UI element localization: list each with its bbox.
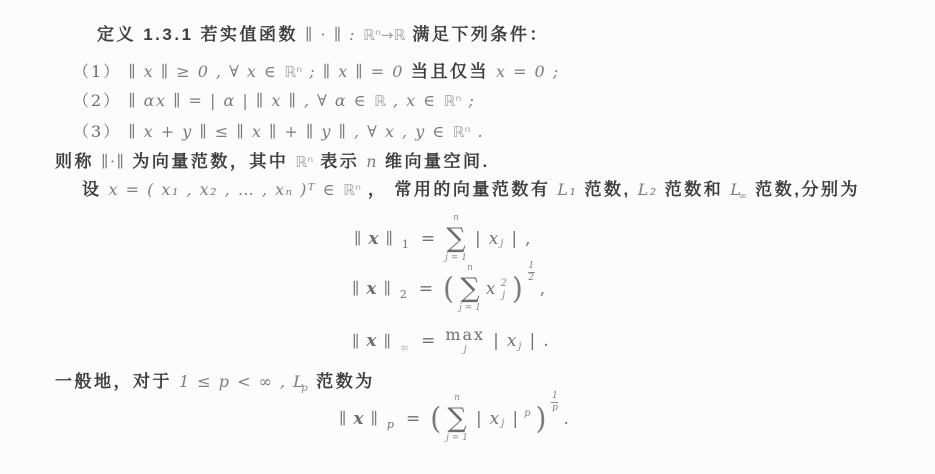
condition-1: （1） ∥ x ∥ ≥ 0 , ∀ x ∈ ℝⁿ ; ∥ x ∥ = 0 当且仅… — [73, 57, 560, 82]
vector-x: x — [366, 279, 376, 299]
condition-2-math-b: , x ∈ — [393, 91, 437, 110]
setup-comma: ， — [368, 175, 388, 200]
term-x: x — [489, 229, 499, 249]
max-subscript-j: j — [464, 345, 467, 355]
norm-function-notation: ∥ · ∥ : — [305, 25, 356, 44]
condition-3-math-a: ∥ x + y ∥ ≤ ∥ x ∥ + ∥ y ∥ , ∀ x , y ∈ — [128, 122, 445, 141]
l2-norm-symbol: L₂ — [638, 180, 658, 199]
condition-2: （2） ∥ αx ∥ = | α | ∥ x ∥ , ∀ α ∈ ℝ , x ∈… — [73, 88, 475, 111]
definition-post-text: 满足下列条件： — [412, 20, 549, 45]
condition-2-math-c: ; — [468, 91, 475, 110]
general-pre-text: 一般地，对于 — [55, 367, 172, 392]
formula-l1-norm: ∥ x ∥ 1 = n ∑ j = 1 | x j | , — [352, 214, 531, 263]
formula-period: . — [543, 331, 548, 351]
definition-label: 定义 1.3.1 — [97, 20, 194, 45]
general-statement: 一般地，对于 1 ≤ p < ∞ , Lp 范数为 — [55, 367, 375, 394]
closing-mid-text: 为向量范数，其中 — [132, 147, 288, 172]
term-subscript-j: j — [500, 238, 503, 249]
rn-to-r-mapping: ℝⁿ→ℝ — [363, 26, 405, 44]
closing-statement: 则称 ∥·∥ 为向量范数，其中 ℝⁿ 表示 n 维向量空间. — [55, 147, 490, 172]
setup-pre-text: 设 — [82, 175, 102, 200]
closing-post-text: 维向量空间. — [385, 147, 490, 172]
definition-line: 定义 1.3.1 若实值函数 ∥ · ∥ : ℝⁿ→ℝ 满足下列条件： — [97, 20, 549, 45]
norm-subscript-infinity: ∞ — [398, 341, 411, 354]
big-paren-open: ( — [443, 273, 454, 303]
term-x: x — [490, 409, 500, 429]
abs-bar-close: | — [509, 409, 521, 429]
linf-norm-symbol: L∞ — [730, 180, 748, 202]
condition-3-number: （3） — [73, 119, 121, 142]
condition-2-math-a: ∥ αx ∥ = | α | ∥ x ∥ , ∀ α ∈ — [128, 91, 367, 110]
condition-1-math-c: x = 0 ; — [496, 62, 560, 81]
summation-symbol: ∑ — [460, 275, 479, 302]
abs-bar-open: | — [473, 409, 485, 429]
vector-x: x — [353, 409, 363, 429]
term-x: x — [507, 331, 517, 351]
term-superscript-2: 2 — [500, 278, 506, 290]
condition-1-cn-text: 当且仅当 — [411, 57, 489, 82]
condition-3-math-c: . — [478, 122, 485, 141]
condition-1-rn: ℝⁿ — [284, 63, 302, 81]
summation: n ∑ j = 1 — [459, 264, 481, 313]
condition-1-number: （1） — [73, 59, 121, 82]
summation-lower-limit: j = 1 — [459, 304, 481, 313]
exponent-fraction-half: 1 2 — [528, 262, 535, 283]
term-x: x — [486, 279, 496, 299]
norm-bars-open: ∥ — [352, 229, 363, 248]
setup-rn: ℝⁿ — [343, 181, 361, 199]
formula-l2-norm: ∥ x ∥ 2 = ( n ∑ j = 1 x 2 j ) 1 2 , — [350, 264, 545, 313]
norm-bars-open: ∥ — [350, 332, 361, 351]
norm-bars-open: ∥ — [337, 409, 348, 428]
equals-sign: = — [414, 279, 438, 299]
summation-symbol: ∑ — [446, 225, 465, 252]
fraction-numerator: 1 — [528, 262, 534, 271]
vector-x: x — [368, 229, 378, 249]
p-range-math: 1 ≤ p < ∞ , Lp — [179, 372, 309, 394]
summation: n ∑ j = 1 — [446, 394, 468, 443]
summation-lower-limit: j = 1 — [445, 254, 467, 263]
formula-comma: , — [540, 279, 545, 299]
setup-cn1-text: 常用的向量范数有 — [394, 175, 550, 200]
setup-vector-definition: x = ( x₁ , x₂ , … , xₙ )ᵀ ∈ — [109, 180, 337, 199]
l1-norm-symbol: L₁ — [557, 180, 577, 199]
summation: n ∑ j = 1 — [445, 214, 467, 263]
condition-2-r: ℝ — [374, 92, 386, 110]
formula-period: . — [563, 409, 568, 429]
setup-cn2-text: 范数, — [584, 175, 630, 200]
norm-bars-open: ∥ — [350, 279, 361, 298]
big-paren-open: ( — [430, 403, 441, 433]
big-paren-close: ) — [512, 273, 523, 303]
norm-bars-close: ∥ — [369, 409, 380, 428]
subscript-p-italic: p — [387, 418, 394, 431]
condition-3: （3） ∥ x + y ∥ ≤ ∥ x ∥ + ∥ y ∥ , ∀ x , y … — [73, 119, 484, 142]
condition-1-math-b: ; ∥ x ∥ = 0 — [309, 62, 404, 81]
closing-n-variable: n — [366, 152, 378, 171]
equals-sign: = — [416, 331, 440, 351]
abs-bar-close: | — [527, 331, 539, 351]
summation-symbol: ∑ — [447, 405, 466, 432]
summation-upper-limit: n — [454, 394, 460, 403]
lp-subscript-p: p — [301, 383, 309, 394]
equals-sign: = — [401, 409, 425, 429]
linf-infinity-subscript: ∞ — [738, 191, 748, 202]
term-subscript-j: j — [518, 341, 521, 352]
condition-2-number: （2） — [73, 88, 121, 111]
norm-bars-close: ∥ — [382, 279, 393, 298]
formula-comma: , — [525, 229, 530, 249]
definition-pre-text: 若实值函数 — [201, 20, 299, 45]
big-paren-close: ) — [536, 403, 547, 433]
max-word: max — [445, 327, 485, 343]
abs-bar-open: | — [490, 331, 502, 351]
formula-linf-norm: ∥ x ∥ ∞ = max j | x j | . — [350, 327, 549, 355]
term-sub-sup-stack: 2 j — [500, 278, 506, 301]
general-post-text: 范数为 — [316, 367, 375, 392]
condition-3-rn: ℝⁿ — [453, 123, 471, 141]
norm-bars-close: ∥ — [382, 332, 393, 351]
closing-norm-notation: ∥·∥ — [101, 152, 125, 171]
condition-2-rn: ℝⁿ — [444, 92, 462, 110]
equals-sign: = — [416, 229, 440, 249]
term-subscript-j: j — [501, 418, 504, 429]
summation-lower-limit: j = 1 — [446, 434, 468, 443]
exponent-fraction-1-over-p: 1 p — [551, 392, 558, 413]
vector-x: x — [366, 331, 376, 351]
abs-bar-close: | — [508, 229, 520, 249]
summation-upper-limit: n — [467, 264, 473, 273]
closing-rn: ℝⁿ — [295, 153, 313, 171]
norm-subscript-1: 1 — [400, 238, 411, 251]
norm-bars-close: ∥ — [384, 229, 395, 248]
fraction-denominator: 2 — [528, 274, 534, 283]
abs-bar-open: | — [472, 229, 484, 249]
norm-subscript-p: p — [385, 418, 396, 431]
term-subscript-j: j — [502, 290, 505, 302]
p-range-expression: 1 ≤ p < ∞ , L — [179, 372, 305, 391]
summation-upper-limit: n — [453, 214, 459, 223]
setup-cn3-text: 范数和 — [665, 175, 724, 200]
condition-1-math-a: ∥ x ∥ ≥ 0 , ∀ x ∈ — [128, 62, 277, 81]
closing-mid2-text: 表示 — [320, 147, 359, 172]
setup-cn4-text: 范数,分别为 — [755, 175, 860, 200]
fraction-denominator: p — [552, 404, 558, 413]
formula-lp-norm: ∥ x ∥ p = ( n ∑ j = 1 | x j | p ) 1 p . — [337, 394, 569, 443]
textbook-page: 定义 1.3.1 若实值函数 ∥ · ∥ : ℝⁿ→ℝ 满足下列条件： （1） … — [0, 0, 935, 474]
max-operator: max j — [445, 327, 485, 355]
term-superscript-p: p — [524, 408, 530, 419]
fraction-numerator: 1 — [552, 392, 558, 401]
closing-pre-text: 则称 — [55, 147, 94, 172]
norm-subscript-2: 2 — [398, 288, 409, 301]
setup-statement: 设 x = ( x₁ , x₂ , … , xₙ )ᵀ ∈ ℝⁿ ， 常用的向量… — [82, 175, 860, 202]
